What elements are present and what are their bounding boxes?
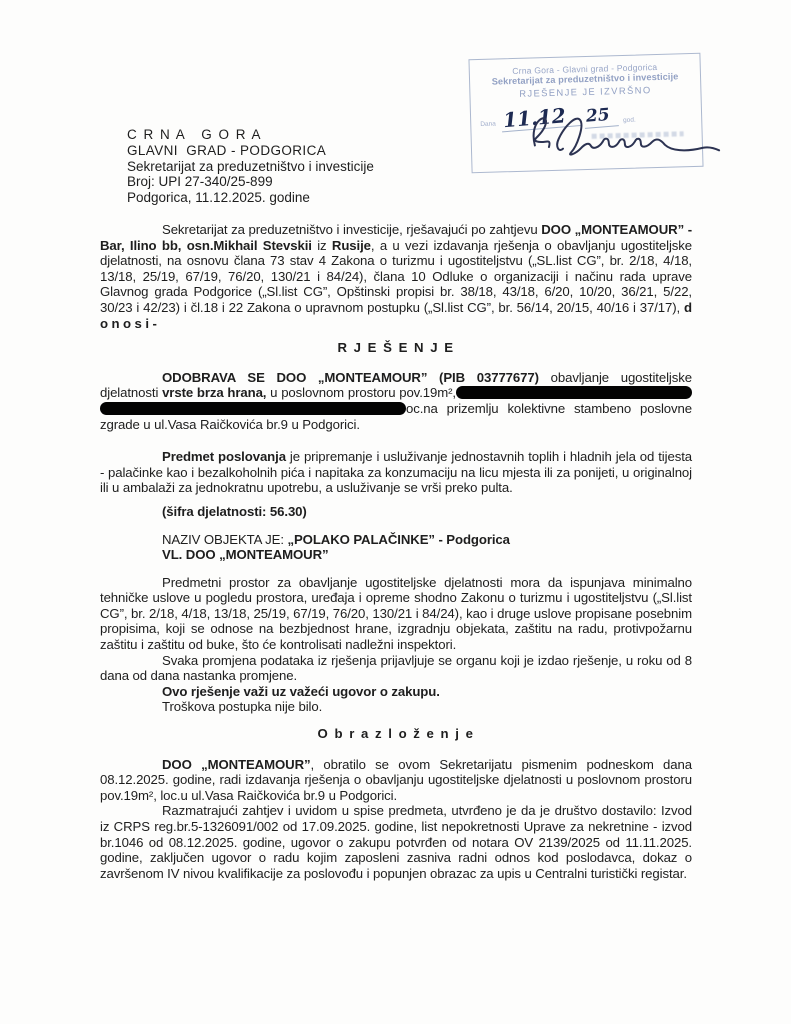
scanned-document-page: Crna Gora - Glavni grad - Podgorica Sekr… <box>0 0 791 1024</box>
change-notification-paragraph: Svaka promjena podataka iz rješenja prij… <box>100 653 692 684</box>
rationale-paragraph-1: DOO „MONTEAMOUR”, obratilo se ovom Sekre… <box>100 757 692 804</box>
object-name-line: NAZIV OBJEKTA JE: „POLAKO PALAČINKE” - P… <box>100 532 692 548</box>
decision-line-1: ODOBRAVA SE DOO „MONTEAMOUR” (PIB 037776… <box>100 370 692 386</box>
decision-line-4: zgrade u ul.Vasa Raičkovića br.9 u Podgo… <box>100 417 692 433</box>
letterhead-case-number: Broj: UPI 27-340/25-899 <box>127 174 374 190</box>
lease-validity-line: Ovo rješenje važi uz važeći ugovor o zak… <box>100 684 692 700</box>
letterhead-place-date: Podgorica, 11.12.2025. godine <box>127 190 374 206</box>
decision-line-2: djelatnosti vrste brza hrana, u poslovno… <box>100 385 692 401</box>
object-name-block: NAZIV OBJEKTA JE: „POLAKO PALAČINKE” - P… <box>100 532 692 563</box>
letterhead-city: GLAVNI GRAD - PODGORICA <box>127 143 374 159</box>
signature-icon <box>518 98 725 174</box>
business-subject-paragraph: Predmet poslovanja je pripremanje i uslu… <box>100 449 692 496</box>
intro-paragraph: Sekretarijat za preduzetništvo i investi… <box>100 222 692 331</box>
section-title-obrazlozenje: O b r a z l o ž e n j e <box>100 726 692 742</box>
stamp-date-label: Dana <box>480 121 496 131</box>
section-title-rjesenje: R J E Š E N J E <box>100 340 692 356</box>
object-owner-line: VL. DOO „MONTEAMOUR” <box>100 547 692 563</box>
technical-conditions-paragraph: Predmetni prostor za obavljanje ugostite… <box>100 575 692 653</box>
rationale-paragraph-2: Razmatrajući zahtjev i uvidom u spise pr… <box>100 803 692 881</box>
letterhead: C R N A G O R A GLAVNI GRAD - PODGORICA … <box>127 127 374 206</box>
document-body: Sekretarijat za preduzetništvo i investi… <box>100 222 692 881</box>
executory-stamp: Crna Gora - Glavni grad - Podgorica Sekr… <box>468 53 703 173</box>
letterhead-country: C R N A G O R A <box>127 127 374 143</box>
decision-line-3: oc.na prizemlju kolektivne stambeno posl… <box>100 401 692 417</box>
costs-line: Troškova postupka nije bilo. <box>100 699 692 715</box>
letterhead-department: Sekretarijat za preduzetništvo i investi… <box>127 159 374 175</box>
activity-code-line: (šifra djelatnosti: 56.30) <box>100 504 692 520</box>
decision-paragraph: ODOBRAVA SE DOO „MONTEAMOUR” (PIB 037776… <box>100 370 692 432</box>
